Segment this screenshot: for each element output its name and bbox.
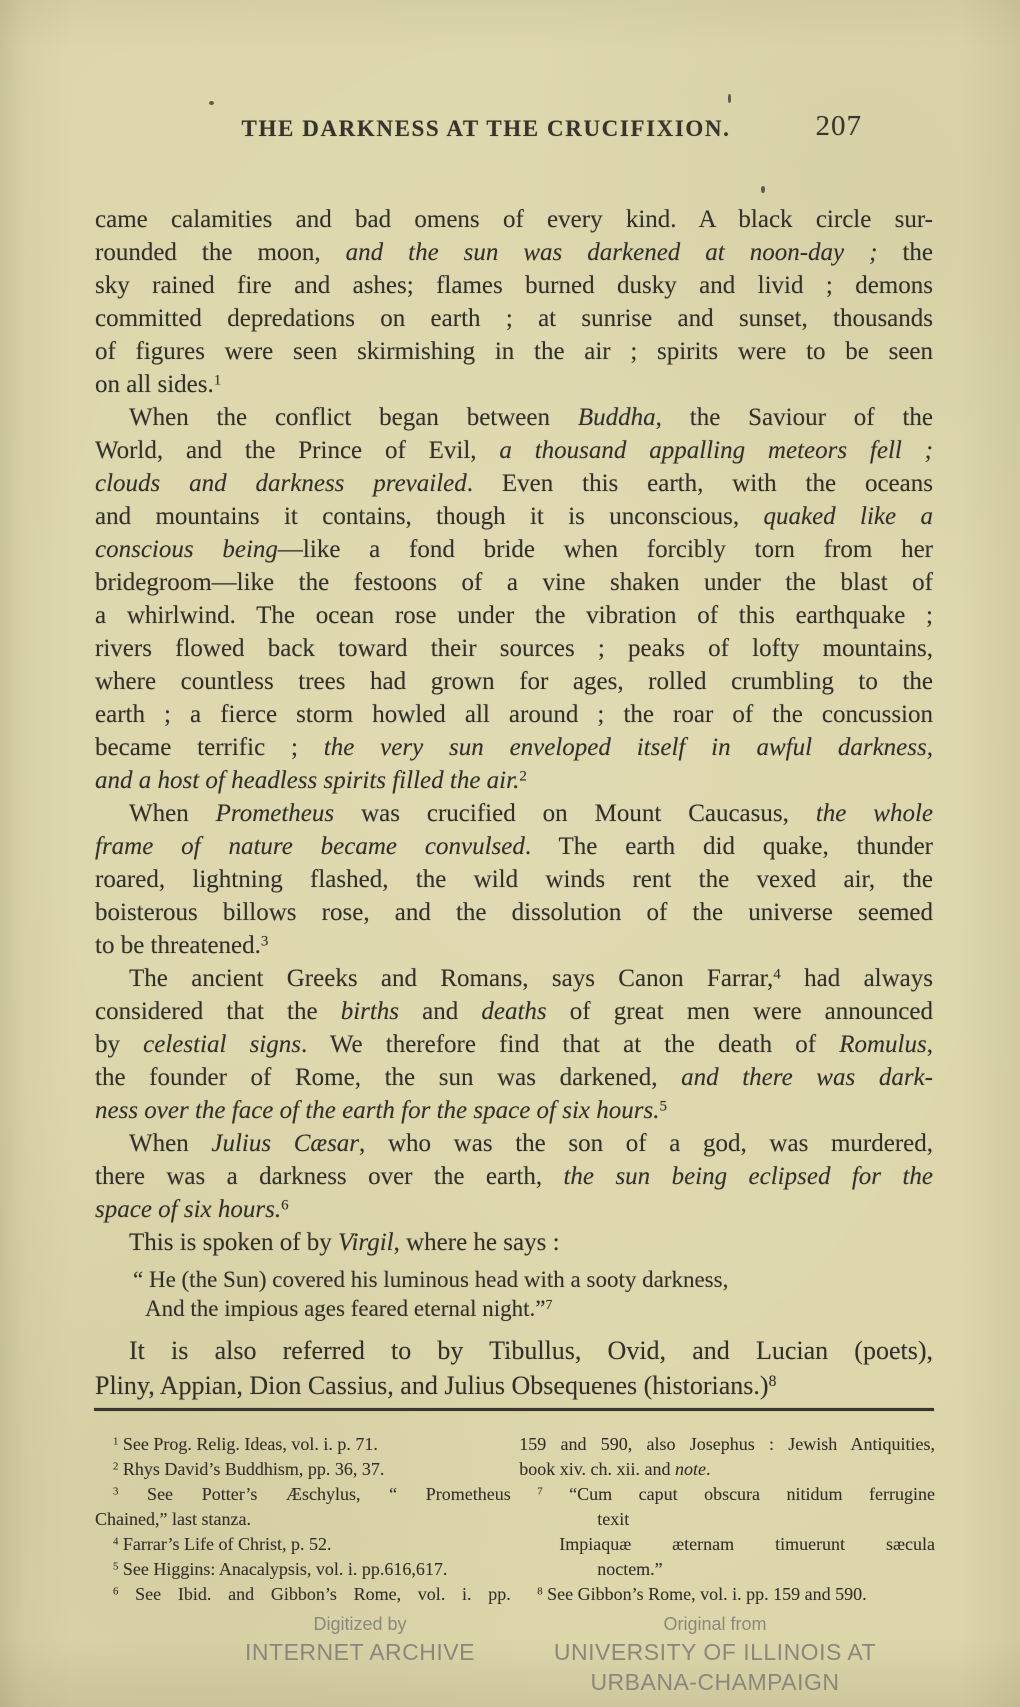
text-line: rounded the moon, and the sun was darken… (95, 236, 933, 269)
text-line: And the impious ages feared eternal nigh… (133, 1294, 933, 1323)
digitized-by-block: Digitized by INTERNET ARCHIVE (200, 1612, 520, 1667)
text-run: , the Saviour of the (656, 404, 933, 431)
text-run: And the impious ages feared eternal nigh… (145, 1296, 545, 1321)
ink-speck (761, 186, 765, 193)
text-line: rivers flowed back toward their sources … (95, 632, 933, 665)
text-run: Buddha (578, 404, 656, 431)
text-line: clouds and darkness prevailed. Even this… (95, 467, 933, 500)
text-run: See Prog. Relig. Ideas, vol. i. p. 71. (118, 1434, 377, 1454)
text-run: had always (781, 965, 933, 992)
text-run: bridegroom—like the festoons of a vine s… (95, 569, 933, 596)
text-run: . The earth did quake, thunder (525, 833, 933, 860)
text-run: The ancient Greeks and Romans, says Cano… (129, 965, 773, 992)
block-quote: “ He (the Sun) covered his luminous head… (133, 1265, 933, 1323)
footnote-marker: 6 (281, 1198, 289, 1214)
archive-name: INTERNET ARCHIVE (200, 1637, 520, 1667)
text-run: of great men were announced (547, 998, 933, 1025)
text-run: sky rained fire and ashes; flames burned… (95, 272, 933, 299)
footnotes-right-column: 159 and 590, also Josephus : Jewish Anti… (519, 1432, 935, 1607)
text-run: the founder of Rome, the sun was darkene… (95, 1064, 681, 1091)
text-run: considered that the (95, 998, 341, 1025)
text-run: Prometheus (216, 800, 335, 827)
footnote-line: noctem.” (519, 1557, 935, 1582)
text-line: and mountains it contains, though it is … (95, 500, 933, 533)
text-run: Impiaquæ æternam timuerunt sæcula (559, 1534, 935, 1554)
text-line: World, and the Prince of Evil, a thousan… (95, 434, 933, 467)
text-run: quaked like a (763, 503, 933, 530)
text-run: , where he says : (394, 1229, 560, 1256)
text-run: Farrar’s Life of Christ, p. 52. (118, 1534, 331, 1554)
footnote-marker: 5 (659, 1099, 667, 1115)
text-line: became terrific ; the very sun enveloped… (95, 731, 933, 764)
text-run: became terrific ; (95, 734, 324, 761)
paragraph: It is also referred to by Tibullus, Ovid… (95, 1333, 933, 1403)
paragraph: When Julius Cæsar, who was the son of a … (95, 1127, 933, 1226)
text-line: of figures were seen skirmishing in the … (95, 335, 933, 368)
chapter-title: THE DARKNESS AT THE CRUCIFIXION. (95, 116, 933, 142)
paragraph: The ancient Greeks and Romans, says Cano… (95, 962, 933, 1127)
text-run: Chained,” last stanza. (95, 1509, 251, 1529)
text-line: ness over the face of the earth for the … (95, 1094, 933, 1127)
text-line: This is spoken of by Virgil, where he sa… (95, 1226, 933, 1259)
ink-speck (728, 94, 731, 103)
text-line: roared, lightning flashed, the wild wind… (95, 863, 933, 896)
text-run: book xiv. ch. xii. and (519, 1459, 675, 1479)
text-line: When the conflict began between Buddha, … (95, 401, 933, 434)
text-line: came calamities and bad omens of every k… (95, 203, 933, 236)
scanned-book-page: THE DARKNESS AT THE CRUCIFIXION. 207 cam… (0, 0, 1020, 1707)
text-run: . We therefore find that at the death of (301, 1031, 839, 1058)
text-run: See Gibbon’s Rome, vol. i. pp. 159 and 5… (543, 1584, 867, 1604)
paragraph: When the conflict began between Buddha, … (95, 401, 933, 797)
text-run: rounded the moon, (95, 239, 346, 266)
footnotes-left-column: 1 See Prog. Relig. Ideas, vol. i. p. 71.… (95, 1432, 511, 1607)
text-run: the sun being eclipsed for the (563, 1163, 933, 1190)
original-from-block: Original from UNIVERSITY OF ILLINOIS AT … (530, 1612, 900, 1697)
text-run: space of six hours. (95, 1196, 281, 1223)
text-run: Virgil (338, 1229, 394, 1256)
footnote-marker: 1 (214, 373, 222, 389)
text-run: earth ; a fierce storm howled all around… (95, 701, 933, 728)
text-line: the founder of Rome, the sun was darkene… (95, 1061, 933, 1094)
footnote-marker: 2 (519, 769, 527, 785)
text-run: boisterous billows rose, and the dissolu… (95, 899, 933, 926)
text-run: See Potter’s Æschylus, “ Prometheus (118, 1484, 510, 1504)
text-run: “Cum caput obscura nitidum ferrugine (543, 1484, 935, 1504)
footnote-line: book xiv. ch. xii. and note. (519, 1457, 935, 1482)
text-line: frame of nature became convulsed. The ea… (95, 830, 933, 863)
text-run: See Higgins: Anacalypsis, vol. i. pp.616… (118, 1559, 447, 1579)
footnote-line: 3 See Potter’s Æschylus, “ Prometheus (95, 1482, 511, 1507)
text-run: clouds and darkness prevailed (95, 470, 467, 497)
text-line: When Julius Cæsar, who was the son of a … (95, 1127, 933, 1160)
text-run: the whole (816, 800, 933, 827)
ink-speck (209, 101, 214, 105)
text-run: births (341, 998, 399, 1025)
text-run: and the sun was darkened at noon-day ; (346, 239, 878, 266)
text-run: where countless trees had grown for ages… (95, 668, 933, 695)
text-run: a thousand appalling meteors fell ; (499, 437, 933, 464)
text-line: considered that the births and deaths of… (95, 995, 933, 1028)
footnote-line: Impiaquæ æternam timuerunt sæcula (519, 1532, 935, 1557)
footnote-line: 8 See Gibbon’s Rome, vol. i. pp. 159 and… (519, 1582, 935, 1607)
text-line: and a host of headless spirits filled th… (95, 764, 933, 797)
text-run: committed depredations on earth ; at sun… (95, 305, 933, 332)
footnote-divider (94, 1408, 934, 1411)
text-run: texit (597, 1509, 629, 1529)
text-run: on all sides. (95, 371, 214, 398)
text-run: roared, lightning flashed, the wild wind… (95, 866, 933, 893)
text-run: the very sun enveloped itself in awful d… (324, 734, 933, 761)
text-run: the (877, 239, 933, 266)
text-run: conscious being (95, 536, 278, 563)
text-line: there was a darkness over the earth, the… (95, 1160, 933, 1193)
text-line: where countless trees had grown for ages… (95, 665, 933, 698)
text-line: committed depredations on earth ; at sun… (95, 302, 933, 335)
running-header: THE DARKNESS AT THE CRUCIFIXION. 207 (95, 116, 933, 150)
text-run: When the conflict began between (129, 404, 578, 431)
text-line: on all sides.1 (95, 368, 933, 401)
original-from-label: Original from (530, 1612, 900, 1637)
text-run: 159 and 590, also Josephus : Jewish Anti… (519, 1434, 935, 1454)
text-run: , (927, 1031, 933, 1058)
footnote-line: 2 Rhys David’s Buddhism, pp. 36, 37. (95, 1457, 511, 1482)
text-run: a whirlwind. The ocean rose under the vi… (95, 602, 933, 629)
text-run: and a host of headless spirits filled th… (95, 767, 519, 794)
text-run: . Even this earth, with the oceans (467, 470, 933, 497)
text-run: noctem.” (597, 1559, 662, 1579)
university-name-line1: UNIVERSITY OF ILLINOIS AT (530, 1637, 900, 1667)
footnote-line: 159 and 590, also Josephus : Jewish Anti… (519, 1432, 935, 1457)
text-run: came calamities and bad omens of every k… (95, 206, 933, 233)
footnote-marker: 4 (773, 967, 781, 983)
footnote-line: 4 Farrar’s Life of Christ, p. 52. (95, 1532, 511, 1557)
footnote-line: Chained,” last stanza. (95, 1507, 511, 1532)
text-run: celestial signs (143, 1031, 301, 1058)
text-line: to be threatened.3 (95, 929, 933, 962)
text-line: sky rained fire and ashes; flames burned… (95, 269, 933, 302)
footnote-line: 1 See Prog. Relig. Ideas, vol. i. p. 71. (95, 1432, 511, 1457)
text-line: conscious being—like a fond bride when f… (95, 533, 933, 566)
text-run: “ He (the Sun) covered his luminous head… (133, 1267, 728, 1292)
text-run: World, and the Prince of Evil, (95, 437, 499, 464)
footnote-marker: 3 (261, 934, 269, 950)
text-run: When (129, 800, 216, 827)
text-run: rivers flowed back toward their sources … (95, 635, 933, 662)
text-run: . (706, 1459, 711, 1479)
text-run: When (129, 1130, 211, 1157)
footnote-marker: 7 (545, 1297, 552, 1312)
text-line: bridegroom—like the festoons of a vine s… (95, 566, 933, 599)
text-run: to be threatened. (95, 932, 261, 959)
text-line: boisterous billows rose, and the dissolu… (95, 896, 933, 929)
text-run: This is spoken of by (129, 1229, 338, 1256)
footnotes-section: 1 See Prog. Relig. Ideas, vol. i. p. 71.… (95, 1432, 935, 1607)
text-run: was crucified on Mount Caucasus, (334, 800, 816, 827)
text-run: and (399, 998, 481, 1025)
page-number: 207 (816, 110, 863, 143)
footnote-line: texit (519, 1507, 935, 1532)
text-run: there was a darkness over the earth, (95, 1163, 563, 1190)
footnote-marker: 8 (769, 1373, 777, 1390)
text-run: Pliny, Appian, Dion Cassius, and Julius … (95, 1371, 769, 1400)
text-run: See Ibid. and Gibbon’s Rome, vol. i. pp. (118, 1584, 510, 1604)
text-line: space of six hours.6 (95, 1193, 933, 1226)
university-name-line2: URBANA-CHAMPAIGN (530, 1667, 900, 1697)
text-line: When Prometheus was crucified on Mount C… (95, 797, 933, 830)
text-line: Pliny, Appian, Dion Cassius, and Julius … (95, 1368, 933, 1403)
digitized-by-label: Digitized by (200, 1612, 520, 1637)
text-line: earth ; a fierce storm howled all around… (95, 698, 933, 731)
text-run: ness over the face of the earth for the … (95, 1097, 659, 1124)
text-line: “ He (the Sun) covered his luminous head… (133, 1265, 933, 1294)
text-line: a whirlwind. The ocean rose under the vi… (95, 599, 933, 632)
text-line: by celestial signs. We therefore find th… (95, 1028, 933, 1061)
text-run: It is also referred to by Tibullus, Ovid… (129, 1336, 933, 1365)
text-run: Julius Cæsar (211, 1130, 359, 1157)
footnote-line: 6 See Ibid. and Gibbon’s Rome, vol. i. p… (95, 1582, 511, 1607)
text-run: by (95, 1031, 143, 1058)
paragraph: When Prometheus was crucified on Mount C… (95, 797, 933, 962)
text-run: deaths (481, 998, 546, 1025)
text-run: Romulus (839, 1031, 927, 1058)
text-line: The ancient Greeks and Romans, says Cano… (95, 962, 933, 995)
footnote-line: 5 See Higgins: Anacalypsis, vol. i. pp.6… (95, 1557, 511, 1582)
text-run: note (675, 1459, 706, 1479)
text-run: and mountains it contains, though it is … (95, 503, 763, 530)
text-run: —like a fond bride when forcibly torn fr… (278, 536, 933, 563)
page-body: came calamities and bad omens of every k… (95, 203, 933, 1403)
text-run: , who was the son of a god, was murdered… (359, 1130, 933, 1157)
text-run: and there was dark- (681, 1064, 933, 1091)
text-run: Rhys David’s Buddhism, pp. 36, 37. (118, 1459, 384, 1479)
text-run: frame of nature became convulsed (95, 833, 525, 860)
text-line: It is also referred to by Tibullus, Ovid… (95, 1333, 933, 1368)
paragraph: came calamities and bad omens of every k… (95, 203, 933, 401)
footnote-line: 7 “Cum caput obscura nitidum ferrugine (519, 1482, 935, 1507)
text-run: of figures were seen skirmishing in the … (95, 338, 933, 365)
paragraph: This is spoken of by Virgil, where he sa… (95, 1226, 933, 1259)
